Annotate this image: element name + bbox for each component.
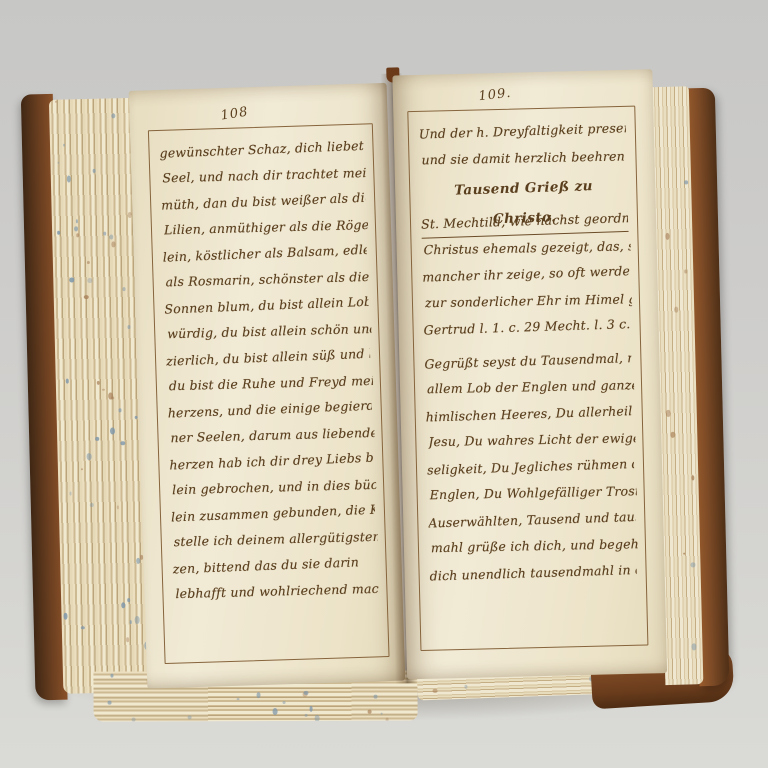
marbling-speckle [134,416,137,420]
marbling-speckle [374,695,378,699]
marbling-speckle [119,408,122,413]
marbling-speckle [67,176,71,183]
marbling-speckle [692,643,697,650]
marbling-speckle [110,674,113,678]
marbling-speckle [110,428,115,435]
open-manuscript-book: 108 gewünschter Schaz, dich liebet meine… [20,62,735,711]
photo-scene: 108 gewünschter Schaz, dich liebet meine… [0,0,768,768]
marbling-speckle [102,389,104,391]
marbling-speckle [70,277,74,282]
marbling-speckle [315,714,320,721]
marbling-speckle [684,180,688,185]
marbling-speckle [117,506,119,509]
marbling-speckle [86,261,90,265]
right-page: 109. Und der h. Dreyfaltigkeit presentie… [392,69,667,679]
marbling-speckle [93,169,96,173]
marbling-speckle [691,476,694,481]
marbling-speckle [87,453,92,459]
marbling-speckle [90,503,95,508]
marbling-speckle [126,637,130,642]
heading-row: Tausend Grieß zu Christo. [420,171,628,208]
marbling-speckle [123,288,126,292]
marbling-speckle [103,232,106,236]
marbling-speckle [122,603,126,609]
handwriting-line: und sie damit herzlich beehren wollest. [421,143,628,173]
handwriting-block-top: Und der h. Dreyfaltigkeit presentieren,u… [419,116,627,174]
left-page-ruled-frame: gewünschter Schaz, dich liebet meineSeel… [148,123,390,664]
marbling-speckle [684,269,687,274]
marbling-speckle [380,712,382,714]
marbling-speckle [76,219,78,222]
marbling-speckle [97,381,100,385]
right-page-ruled-frame: Und der h. Dreyfaltigkeit presentieren,u… [407,106,648,651]
marbling-speckle [55,101,57,103]
marbling-speckle [109,234,113,240]
marbling-speckle [273,708,278,715]
marbling-speckle [691,562,696,568]
marbling-speckle [385,717,388,721]
marbling-speckle [127,325,130,329]
marbling-speckle [63,144,65,147]
marbling-speckle [66,379,69,384]
marbling-speckle [132,717,136,721]
marbling-speckle [135,616,140,624]
marbling-speckle [80,468,83,470]
marbling-speckle [187,716,192,720]
marbling-speckle [282,701,285,704]
marbling-speckle [57,231,60,235]
marbling-speckle [665,233,669,240]
marbling-speckle [257,692,261,698]
left-page: 108 gewünschter Schaz, dich liebet meine… [129,83,406,689]
marbling-speckle [128,212,132,219]
handwriting-line: dich unendlich tausendmahl in einer [429,557,637,590]
marbling-speckle [63,613,67,620]
marbling-speckle [107,701,111,704]
marbling-speckle [675,307,679,313]
handwriting-line: lebhafft und wohlriechend machen [175,576,380,607]
marbling-speckle [111,396,114,399]
marbling-speckle [57,161,59,163]
marbling-speckle [111,242,116,248]
marbling-speckle [465,685,468,689]
marbling-speckle [69,492,71,496]
marbling-speckle [367,710,371,714]
marbling-speckle [309,706,312,711]
marbling-speckle [127,599,130,603]
marbling-speckle [84,295,89,299]
handwriting-block-greeting: Gegrüßt seyst du Tausendmal, mitallem Lo… [424,345,637,588]
marbling-speckle [95,437,99,441]
marbling-speckle [130,620,132,624]
marbling-speckle [120,441,125,445]
marbling-speckle [305,714,308,717]
marbling-speckle [87,278,92,282]
marbling-speckle [111,113,115,118]
marbling-speckle [76,234,79,238]
marbling-speckle [670,431,675,438]
handwriting-block-mechtild: St. Mechtild, wie nächst geordneten hatC… [421,206,631,344]
marbling-speckle [81,626,84,629]
marbling-speckle [74,226,78,232]
handwriting-block-left: gewünschter Schaz, dich liebet meineSeel… [159,134,378,608]
marbling-speckle [683,553,686,555]
marbling-speckle [304,690,309,694]
marbling-speckle [666,410,671,418]
marbling-speckle [237,698,240,700]
marbling-speckle [433,689,438,693]
